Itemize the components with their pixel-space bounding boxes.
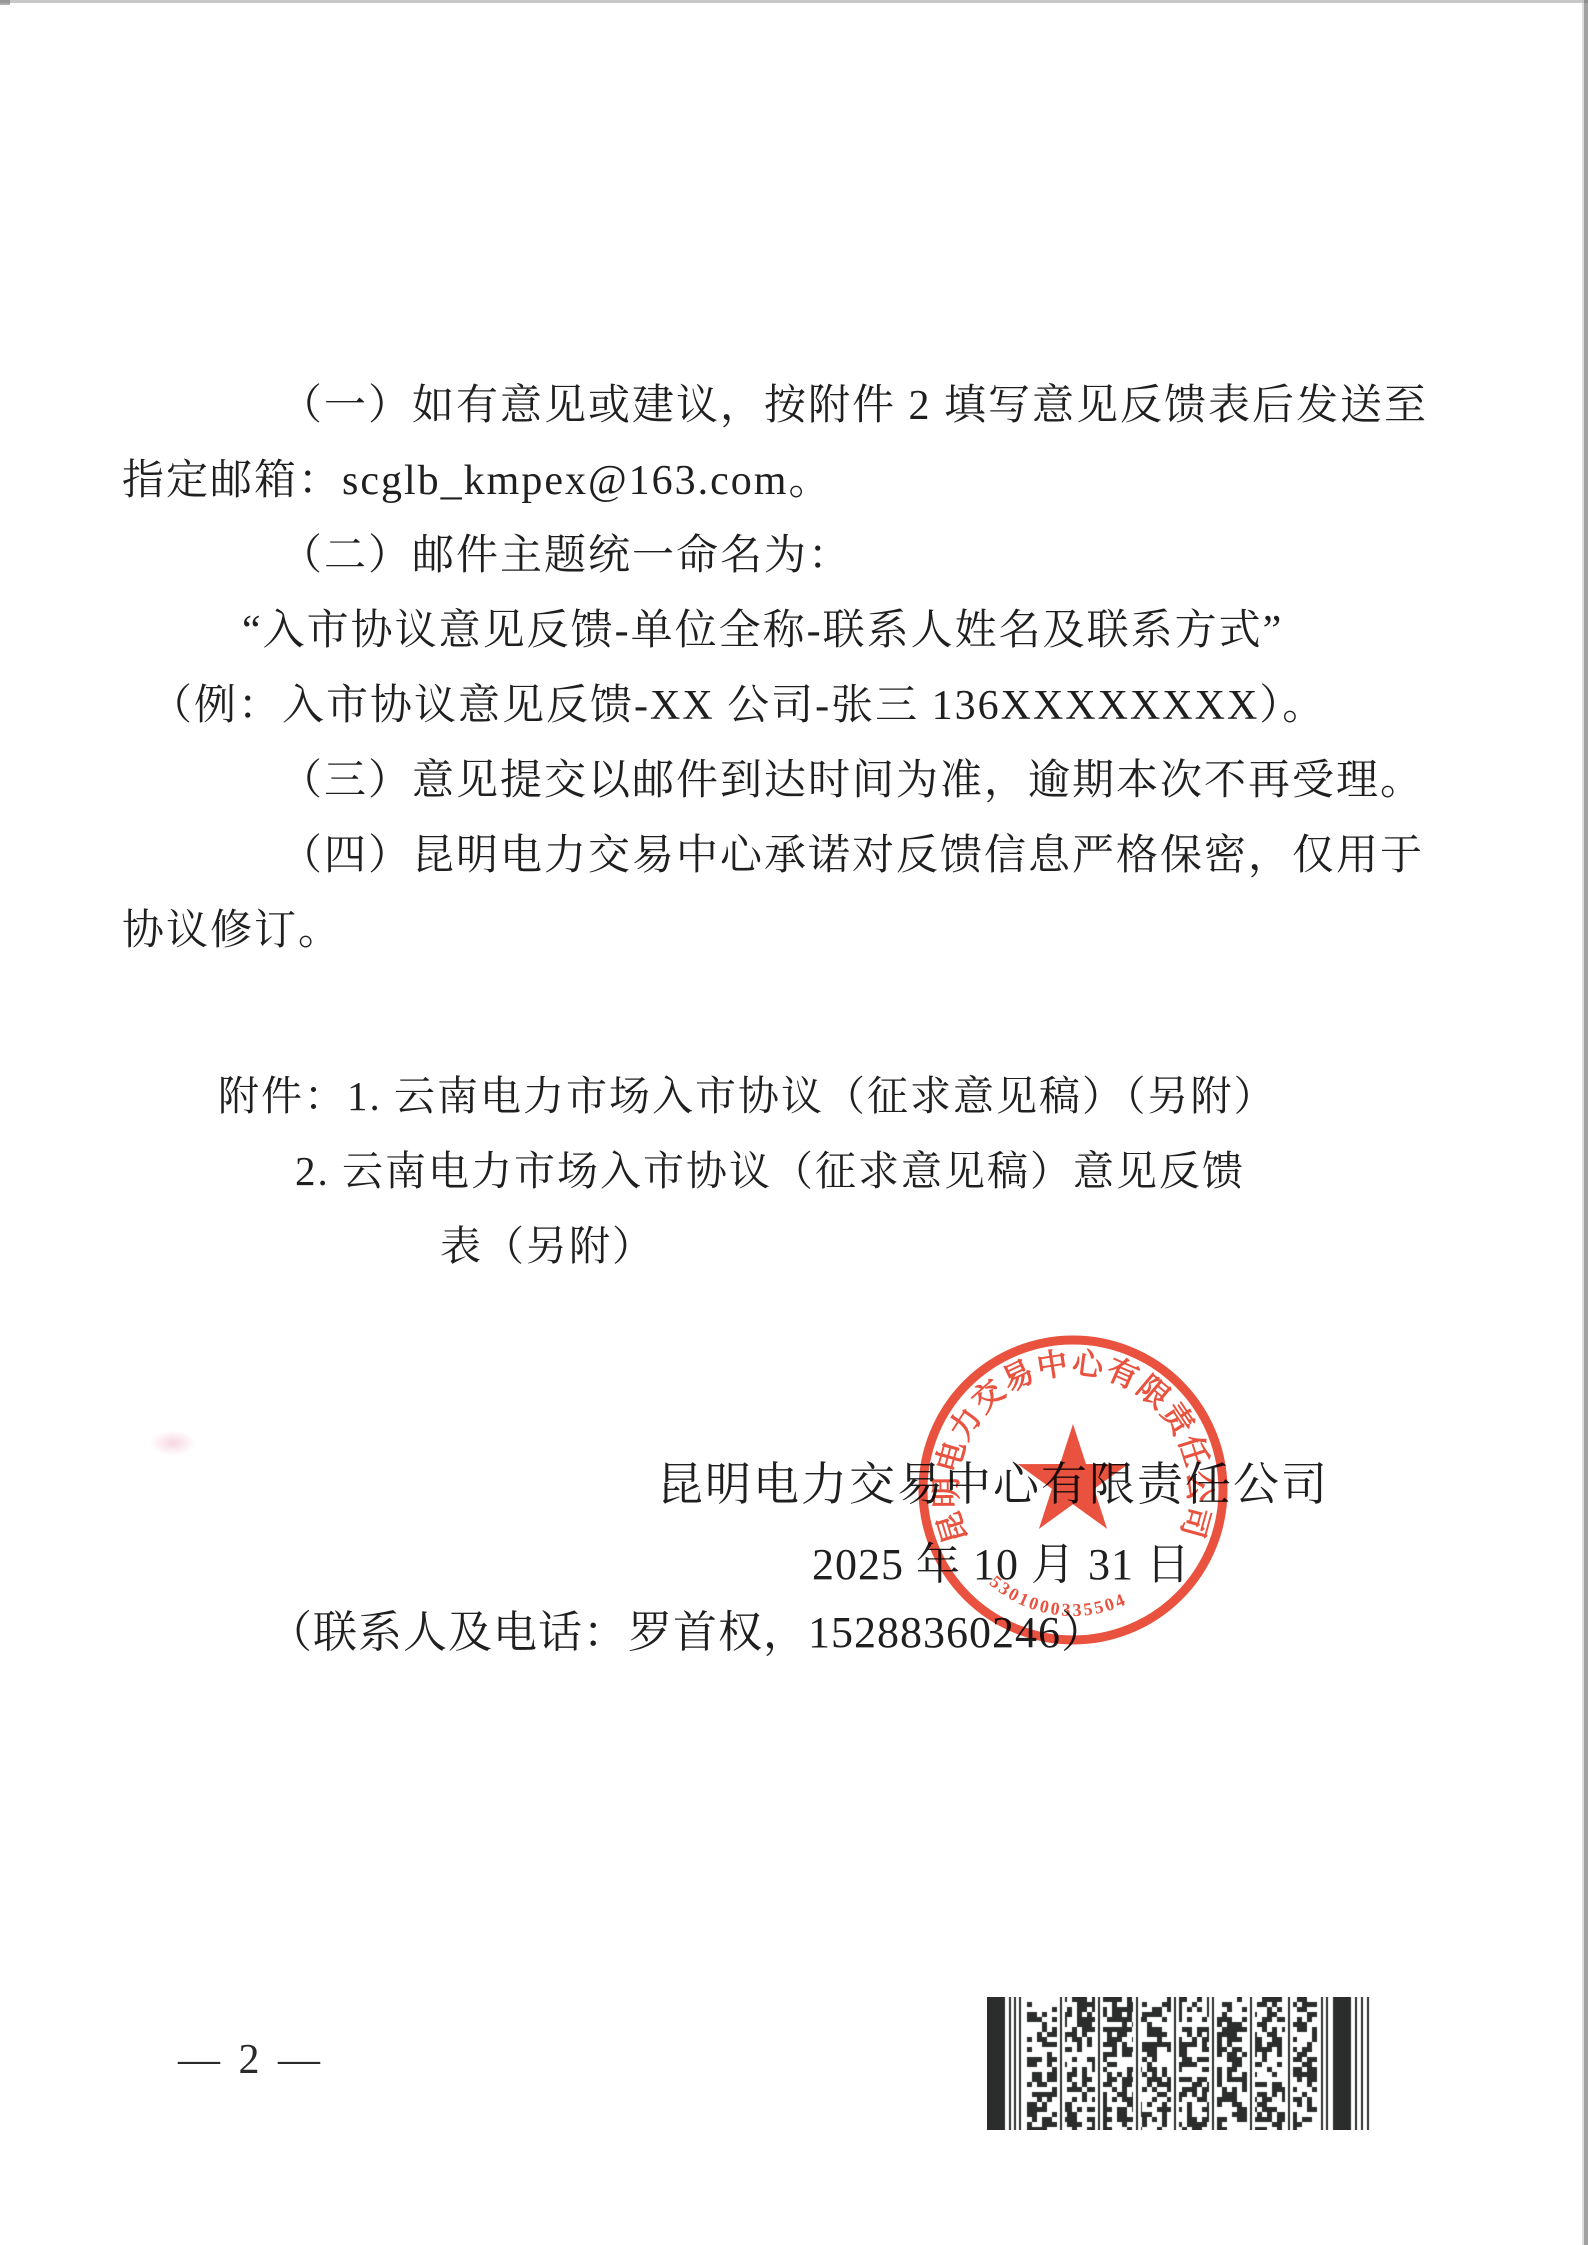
body-line-6: （三）意见提交以邮件到达时间为准，逾期本次不再受理。: [280, 747, 1424, 807]
attachment-line-1: 附件：1. 云南电力市场入市协议（征求意见稿）（另附）: [218, 1063, 1277, 1122]
scan-smudge: [150, 1430, 196, 1456]
attachment-line-2: 2. 云南电力市场入市协议（征求意见稿）意见反馈: [295, 1138, 1245, 1197]
body-line-1: （一）如有意见或建议，按附件 2 填写意见反馈表后发送至: [280, 372, 1428, 432]
seal-star-icon: [1018, 1424, 1128, 1529]
document-page: （一）如有意见或建议，按附件 2 填写意见反馈表后发送至 指定邮箱：scglb_…: [0, 0, 1588, 2245]
seal-serial-number: 5301000335504: [986, 1571, 1130, 1620]
body-line-5: （例：入市协议意见反馈-XX 公司-张三 136XXXXXXXX）。: [150, 672, 1326, 732]
body-line-8: 协议修订。: [122, 897, 342, 957]
official-seal: 昆明电力交易中心有限责任公司 5301000335504: [913, 1330, 1233, 1650]
scan-corner-mark: [0, 0, 10, 5]
page-number: — 2 —: [178, 2036, 324, 2084]
body-line-7: （四）昆明电力交易中心承诺对反馈信息严格保密，仅用于: [280, 822, 1424, 882]
body-line-2-email: 指定邮箱：scglb_kmpex@163.com。: [122, 447, 832, 507]
scan-edge-right: [1584, 0, 1588, 2245]
document-barcode: [987, 1997, 1372, 2130]
body-line-4: “入市协议意见反馈-单位全称-联系人姓名及联系方式”: [242, 597, 1283, 657]
seal-serial-holder: 5301000335504: [986, 1571, 1130, 1620]
scan-edge-right-soft: [1582, 0, 1584, 2245]
attachment-line-3: 表（另附）: [440, 1213, 655, 1272]
body-line-3: （二）邮件主题统一命名为：: [280, 522, 852, 582]
scan-edge-top: [0, 0, 1588, 3]
